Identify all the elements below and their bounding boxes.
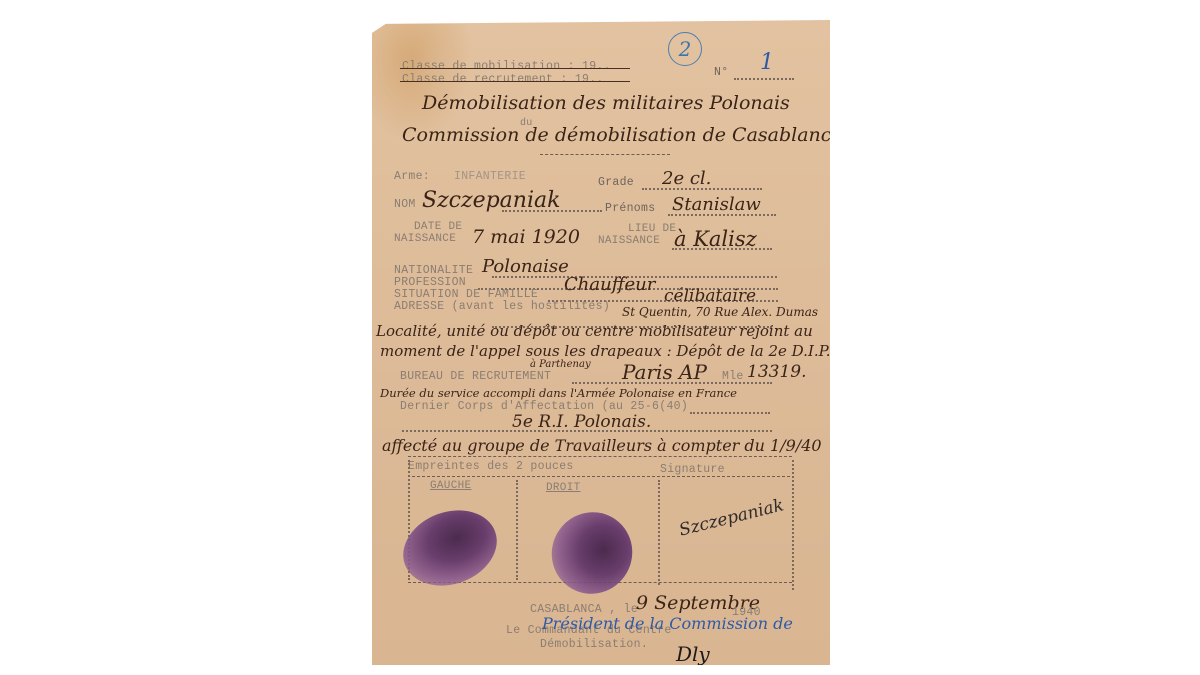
grade-value: 2e cl. [662,168,711,189]
prints-mid-divider [516,480,518,580]
birth-place-value: à Kalisz [674,227,757,251]
dernier-corps-dots-1 [690,412,770,414]
right-thumb-label: DROIT [546,482,581,494]
adresse-value: St Quentin, 70 Rue Alex. Dumas [622,305,818,319]
circled-number-text: 2 [679,37,692,61]
president-signature: Dly [676,642,710,666]
struck-line-recrutement: Classe de recrutement : 19.. [402,73,604,86]
matricule-label: Mle [722,370,744,383]
number-label: N° [714,66,728,79]
duree-line: Durée du service accompli dans l'Armée P… [380,386,737,400]
lieu-label-line1: LIEU DE [628,223,676,235]
right-thumbprint [537,497,647,608]
adresse-label: ADRESSE (avant les hostilités) [394,300,610,313]
header-underline [540,154,670,155]
date-label-line2: NAISSANCE [394,233,456,245]
number-value: 1 [760,50,774,75]
header-demobilisation: Démobilisation des militaires Polonais [422,92,790,114]
nom-label: NOM [394,198,416,211]
lieu-label-line2: NAISSANCE [598,235,660,247]
prints-header-border [412,476,790,477]
date-label-line1: DATE DE [414,221,462,233]
footer-typed-line-2: Démobilisation. [540,638,648,651]
birth-date-value: 7 mai 1920 [472,226,580,248]
prints-title: Empreintes des 2 pouces [408,460,574,473]
prints-sig-divider [658,480,660,585]
holder-signature: Szczepaniak [677,495,786,540]
nom-value: Szczepaniak [422,188,560,213]
president-handwritten: Président de la Commission de [542,614,793,633]
localite-line-2: moment de l'appel sous les drapeaux : Dé… [380,342,830,360]
prints-right-divider [792,460,794,590]
localite-note: à Parthenay [530,359,591,370]
header-commission: Commission de démobilisation de Casablan… [402,124,843,146]
demobilisation-document: 2 N° 1 Classe de mobilisation : 19.. Cla… [372,20,830,665]
strike-through-1 [400,68,630,69]
struck-line-mobilisation: Classe de mobilisation : 19.. [402,60,611,73]
bureau-value: Paris AP [622,360,707,384]
localite-line-1: Localité, unité ou dépôt ou centre mobil… [376,322,813,340]
prenoms-value: Stanislaw [672,194,761,215]
nationalite-value: Polonaise [482,256,569,277]
signature-label: Signature [660,463,725,476]
arme-label: Arme: [394,170,430,183]
bureau-label: BUREAU DE RECRUTEMENT [400,370,551,383]
situation-value: célibataire [664,286,756,306]
prenoms-label: Prénoms [605,202,655,215]
affecte-line: affecté au groupe de Travailleurs à comp… [382,436,822,455]
matricule-value: 13319. [747,362,806,382]
strike-through-2 [400,81,630,82]
number-dots [734,78,794,80]
profession-value: Chauffeur [564,274,655,295]
circled-page-number: 2 [668,32,702,66]
arme-value: INFANTERIE [454,170,526,183]
grade-label: Grade [598,176,634,189]
prints-top-border [408,456,792,457]
left-thumb-label: GAUCHE [430,480,471,492]
dernier-corps-value: 5e R.I. Polonais. [512,412,651,432]
